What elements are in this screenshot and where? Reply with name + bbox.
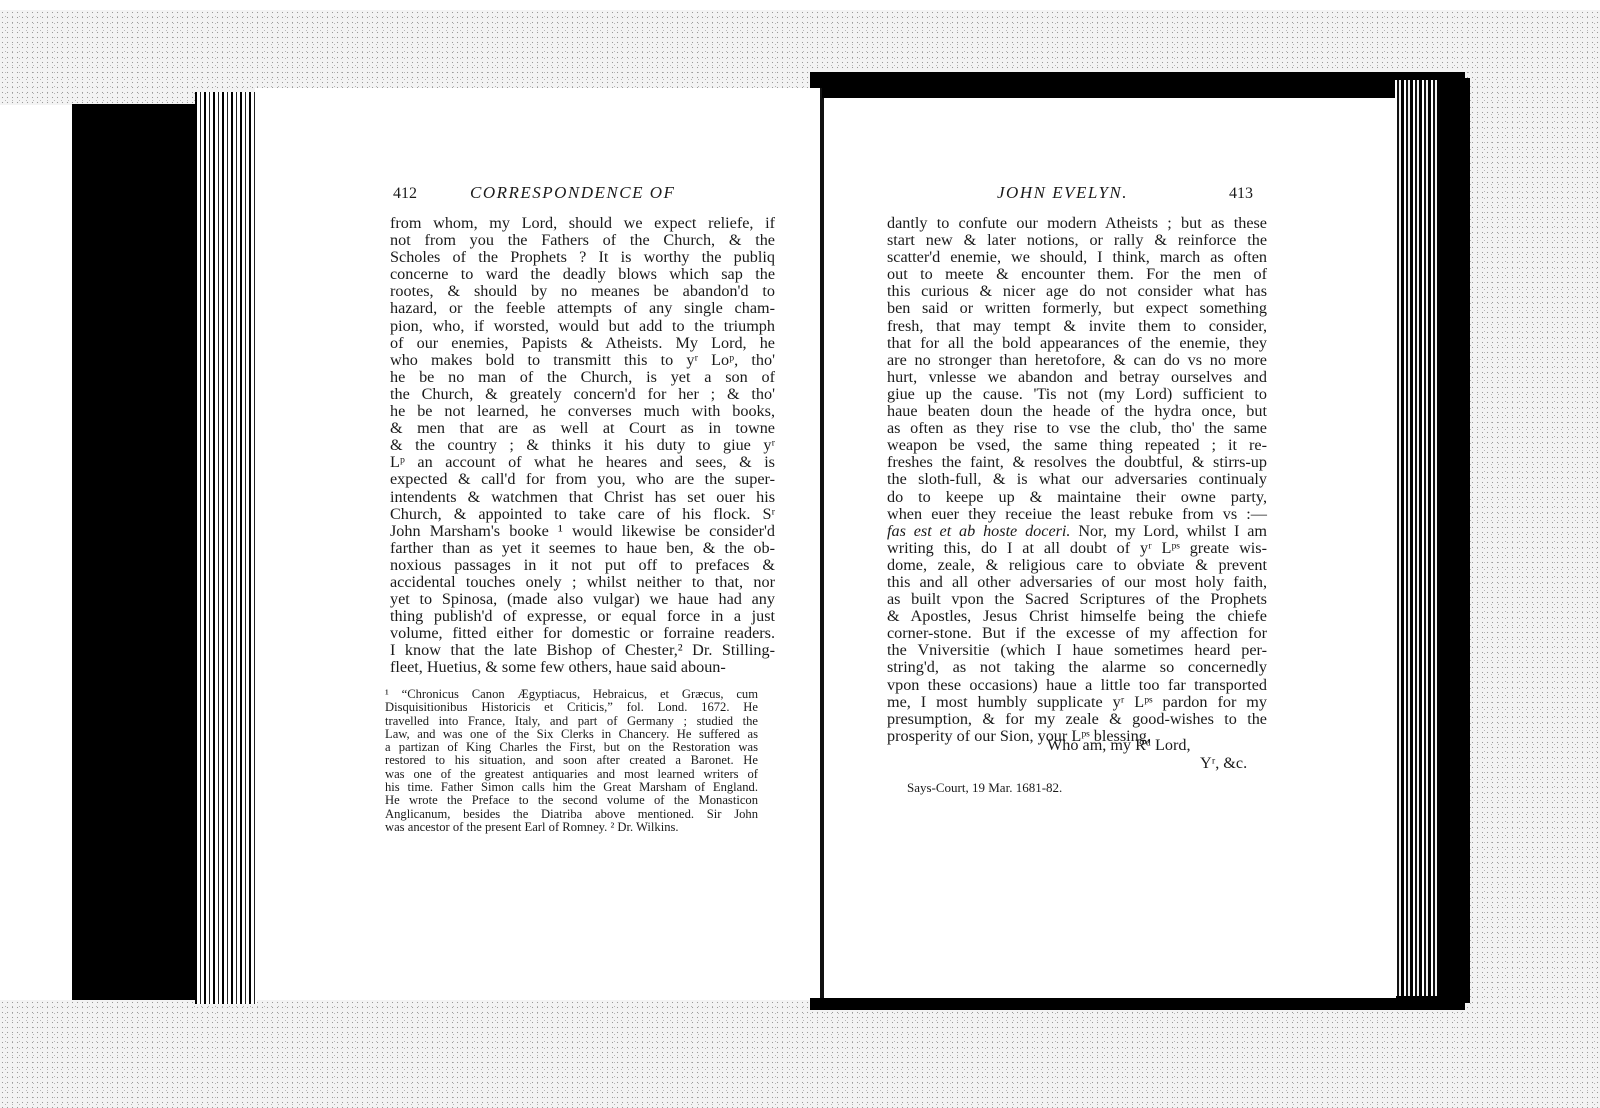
- page-edges-right: [1392, 80, 1440, 1000]
- text-line: John Marsham's booke ¹ would likewise be…: [390, 523, 775, 540]
- text-line: the Vniversitie (which I haue sometimes …: [887, 642, 1267, 659]
- text-line: intendents & watchmen that Christ has se…: [390, 489, 775, 506]
- text-line: & men that are as well at Court as in to…: [390, 420, 775, 437]
- text-line: haue beaten doun the heade of the hydra …: [887, 403, 1267, 420]
- text-line: restored to his situation, and soon afte…: [385, 754, 758, 767]
- left-page-body: from whom, my Lord, should we expect rel…: [390, 215, 775, 677]
- text-line: string'd, as not taking the alarme so co…: [887, 659, 1267, 676]
- text-line: yet to Spinosa, (made also vulgar) we ha…: [390, 591, 775, 608]
- text-line: Law, and was one of the Six Clerks in Ch…: [385, 728, 758, 741]
- text-line: writing this, do I at all doubt of yʳ Lᵖ…: [887, 540, 1267, 557]
- text-line: that for all the bold appearances of the…: [887, 335, 1267, 352]
- text-line: Lᵖ an account of what he heares and sees…: [390, 454, 775, 471]
- text-line: Scholes of the Prophets ? It is worthy t…: [390, 249, 775, 266]
- page-edges-left: [195, 92, 257, 1004]
- right-page-body: dantly to confute our modern Atheists ; …: [887, 215, 1267, 745]
- text-line: vpon these occasions) haue a little too …: [887, 677, 1267, 694]
- text-line: of our enemies, Papists & Atheists. My L…: [390, 335, 775, 352]
- text-line: his time. Father Simon calls him the Gre…: [385, 781, 758, 794]
- text-line: expected & call'd for from you, who are …: [390, 471, 775, 488]
- text-line: concerne to ward the deadly blows which …: [390, 266, 775, 283]
- scan-background-right: [1465, 80, 1600, 1010]
- text-line: farther than as yet it seemes to haue be…: [390, 540, 775, 557]
- text-line: He wrote the Preface to the second volum…: [385, 794, 758, 807]
- text-line: noxious passages in it not put off to pr…: [390, 557, 775, 574]
- text-line: out to meete & encounter them. For the m…: [887, 266, 1267, 283]
- latin-quote: fas est et ab hoste doceri.: [887, 522, 1070, 540]
- running-head-left-title: CORRESPONDENCE OF: [470, 183, 675, 202]
- dateline: Says-Court, 19 Mar. 1681-82.: [907, 780, 1062, 796]
- text-line: as often as they rise to vse the club, t…: [887, 420, 1267, 437]
- running-head-right-title: JOHN EVELYN.: [997, 183, 1128, 202]
- text-line: hurt, vnlesse we abandon and betray ours…: [887, 369, 1267, 386]
- closing-line: Who am, my Rᵈ Lord,: [1047, 736, 1191, 755]
- text-fragment: Nor, my Lord, whilst I am: [1070, 522, 1267, 540]
- text-line: was one of the greatest antiquaries and …: [385, 768, 758, 781]
- text-line: Anglicanum, besides the Diatriba above m…: [385, 808, 758, 821]
- text-line: this and all other adversaries of our mo…: [887, 574, 1267, 591]
- text-line: presumption, & for my zeale & good-wishe…: [887, 711, 1267, 728]
- text-line: accidental touches onely ; whilst neithe…: [390, 574, 775, 591]
- text-line: Church, & appointed to take care of his …: [390, 506, 775, 523]
- text-line: dome, zeale, & religious care to obviate…: [887, 557, 1267, 574]
- text-line: fresh, that may tempt & invite them to c…: [887, 318, 1267, 335]
- left-page: 412 CORRESPONDENCE OF from whom, my Lord…: [255, 88, 822, 998]
- text-line: he be no man of the Church, is yet a son…: [390, 369, 775, 386]
- text-line: fas est et ab hoste doceri. Nor, my Lord…: [887, 523, 1267, 540]
- text-line: when euer they receiue the least rebuke …: [887, 506, 1267, 523]
- text-line: start new & later notions, or rally & re…: [887, 232, 1267, 249]
- page-number-left: 412: [393, 185, 417, 203]
- page-number-right: 413: [1229, 185, 1253, 203]
- text-line: as built vpon the Sacred Scriptures of t…: [887, 591, 1267, 608]
- book-cover-top-right: [810, 72, 1465, 98]
- text-line: me, I most humbly supplicate yʳ Lᵖˢ pard…: [887, 694, 1267, 711]
- right-page: JOHN EVELYN. 413 dantly to confute our m…: [822, 98, 1396, 998]
- text-line: corner-stone. But if the excesse of my a…: [887, 625, 1267, 642]
- text-line: rootes, & should by no meanes be abandon…: [390, 283, 775, 300]
- text-line: giue up the cause. 'Tis not (my Lord) su…: [887, 386, 1267, 403]
- text-line: fleet, Huetius, & some few others, haue …: [390, 659, 775, 676]
- text-line: volume, fitted either for domestic or fo…: [390, 625, 775, 642]
- book-cover-bottom-right: [810, 996, 1465, 1010]
- text-line: a partizan of King Charles the First, bu…: [385, 741, 758, 754]
- text-line: was ancestor of the present Earl of Romn…: [385, 821, 758, 834]
- text-line: pion, who, if worsted, would but add to …: [390, 318, 775, 335]
- text-line: he be not learned, he converses much wit…: [390, 403, 775, 420]
- text-line: dantly to confute our modern Atheists ; …: [887, 215, 1267, 232]
- text-line: & the country ; & thinks it his duty to …: [390, 437, 775, 454]
- text-line: the sloth-full, & is what our adversarie…: [887, 471, 1267, 488]
- text-line: do to keepe up & maintaine their owne pa…: [887, 489, 1267, 506]
- text-line: this curious & nicer age do not consider…: [887, 283, 1267, 300]
- text-line: who makes bold to transmitt this to yʳ L…: [390, 352, 775, 369]
- text-line: freshes the faint, & resolves the doubtf…: [887, 454, 1267, 471]
- text-line: weapon be vsed, the same thing repeated …: [887, 437, 1267, 454]
- running-head-right: JOHN EVELYN.: [997, 183, 1128, 203]
- text-line: hazard, or the feeble attempts of any si…: [390, 300, 775, 317]
- running-head-left: CORRESPONDENCE OF: [470, 183, 675, 203]
- text-line: from whom, my Lord, should we expect rel…: [390, 215, 775, 232]
- text-line: I know that the late Bishop of Chester,²…: [390, 642, 775, 659]
- scan-background-bottom: [0, 1000, 1600, 1108]
- signature: Yʳ, &c.: [1200, 754, 1247, 773]
- text-line: travelled into France, Italy, and part o…: [385, 715, 758, 728]
- text-line: are no stronger than heretofore, & can d…: [887, 352, 1267, 369]
- text-line: thing publish'd of expresse, or equal fo…: [390, 608, 775, 625]
- text-line: ¹ “Chronicus Canon Ægyptiacus, Hebraicus…: [385, 688, 758, 701]
- left-page-footnotes: ¹ “Chronicus Canon Ægyptiacus, Hebraicus…: [385, 688, 758, 834]
- text-line: ben said or written formerly, but expect…: [887, 300, 1267, 317]
- text-line: Disquisitionibus Historicis et Criticis,…: [385, 701, 758, 714]
- text-line: not from you the Fathers of the Church, …: [390, 232, 775, 249]
- text-line: & Apostles, Jesus Christ himselfe being …: [887, 608, 1267, 625]
- text-line: the Church, & greately concern'd for her…: [390, 386, 775, 403]
- text-line: scatter'd enemie, we should, I think, ma…: [887, 249, 1267, 266]
